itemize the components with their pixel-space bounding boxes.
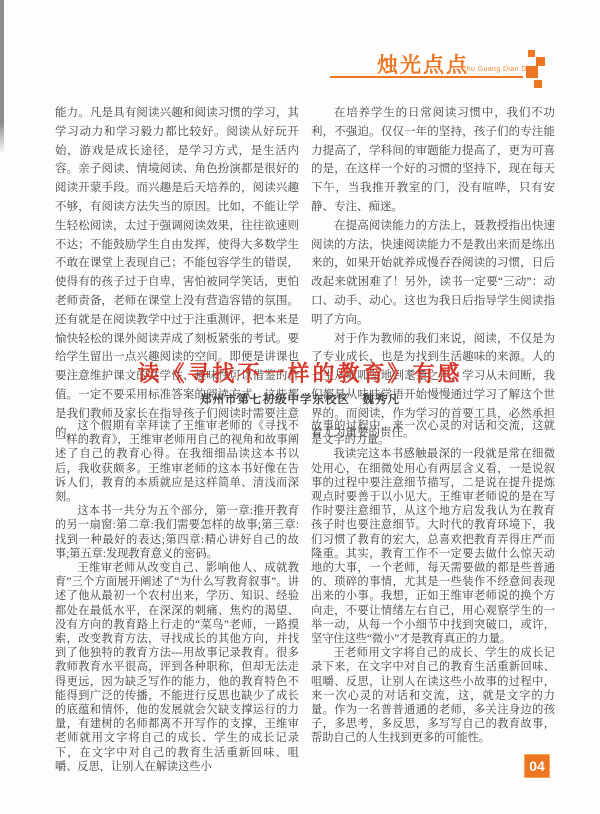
article-2-left-column: 这个假期有幸拜读了王维审老师的《寻找不一样的教育》，王维审老师用自己的视角和故事… (55, 419, 299, 749)
article-1-right-column: 在培养学生的日常阅读习惯中，我们不功利，不强迫。仅仅一年的坚持，孩子们的专注能力… (311, 104, 555, 352)
page-number-badge: 04 (524, 754, 550, 778)
article-2-body: 这个假期有幸拜读了王维审老师的《寻找不一样的教育》，王维审老师用自己的视角和故事… (55, 419, 555, 749)
pixel-square-icon (536, 57, 545, 66)
body-paragraph: 这个假期有幸拜读了王维审老师的《寻找不一样的教育》，王维审老师用自己的视角和故事… (55, 419, 299, 504)
body-paragraph: 我读完这本书感触最深的一段就是常在细微处用心，在细微处用心有两层含义看，一是说叙… (311, 447, 555, 646)
article-1-body: 能力。凡是具有阅读兴趣和阅读习惯的学习，其学习动力和学习毅力都比较好。阅读从好玩… (55, 104, 555, 352)
pixel-square-icon (528, 50, 535, 57)
header-rule (330, 76, 523, 78)
body-paragraph: 在培养学生的日常阅读习惯中，我们不功利，不强迫。仅仅一年的坚持，孩子们的专注能力… (311, 104, 555, 217)
body-paragraph: 故事的过程中，来一次心灵的对话和交流，这就是文字的力量。 (311, 419, 555, 447)
body-paragraph: 这本书一共分为五个部分，第一章:推开教育的另一扇窗:第二章:我们需要怎样的故事;… (55, 504, 299, 561)
body-paragraph: 王维审老师从改变自己、影响他人、成就教育”三个方面展开阐述了“为什么写教育叙事”… (55, 561, 299, 774)
pixel-square-icon (526, 66, 538, 78)
magazine-section-title: 烛光点点 (377, 49, 469, 79)
article-1-left-column: 能力。凡是具有阅读兴趣和阅读习惯的学习，其学习动力和学习毅力都比较好。阅读从好玩… (55, 104, 299, 352)
article-2-right-column: 故事的过程中，来一次心灵的对话和交流，这就是文字的力量。 我读完这本书感触最深的… (311, 419, 555, 749)
pixel-square-icon (534, 80, 542, 88)
article-2-title: 读《寻找不一样的教育》有感 (0, 357, 600, 388)
article-2-byline: 郑州市第七初级中学东校区 魏秀凡 (0, 391, 600, 407)
body-paragraph: 王老师用文字将自己的成长、学生的成长记录下来，在文字中对自己的教育生活重新回味、… (311, 646, 555, 745)
body-paragraph: 在提高阅读能力的方法上，聂教授指出快速阅读的方法，快速阅读能力不是教出来而是练出… (311, 217, 555, 330)
scan-edge-artifact (0, 0, 4, 154)
